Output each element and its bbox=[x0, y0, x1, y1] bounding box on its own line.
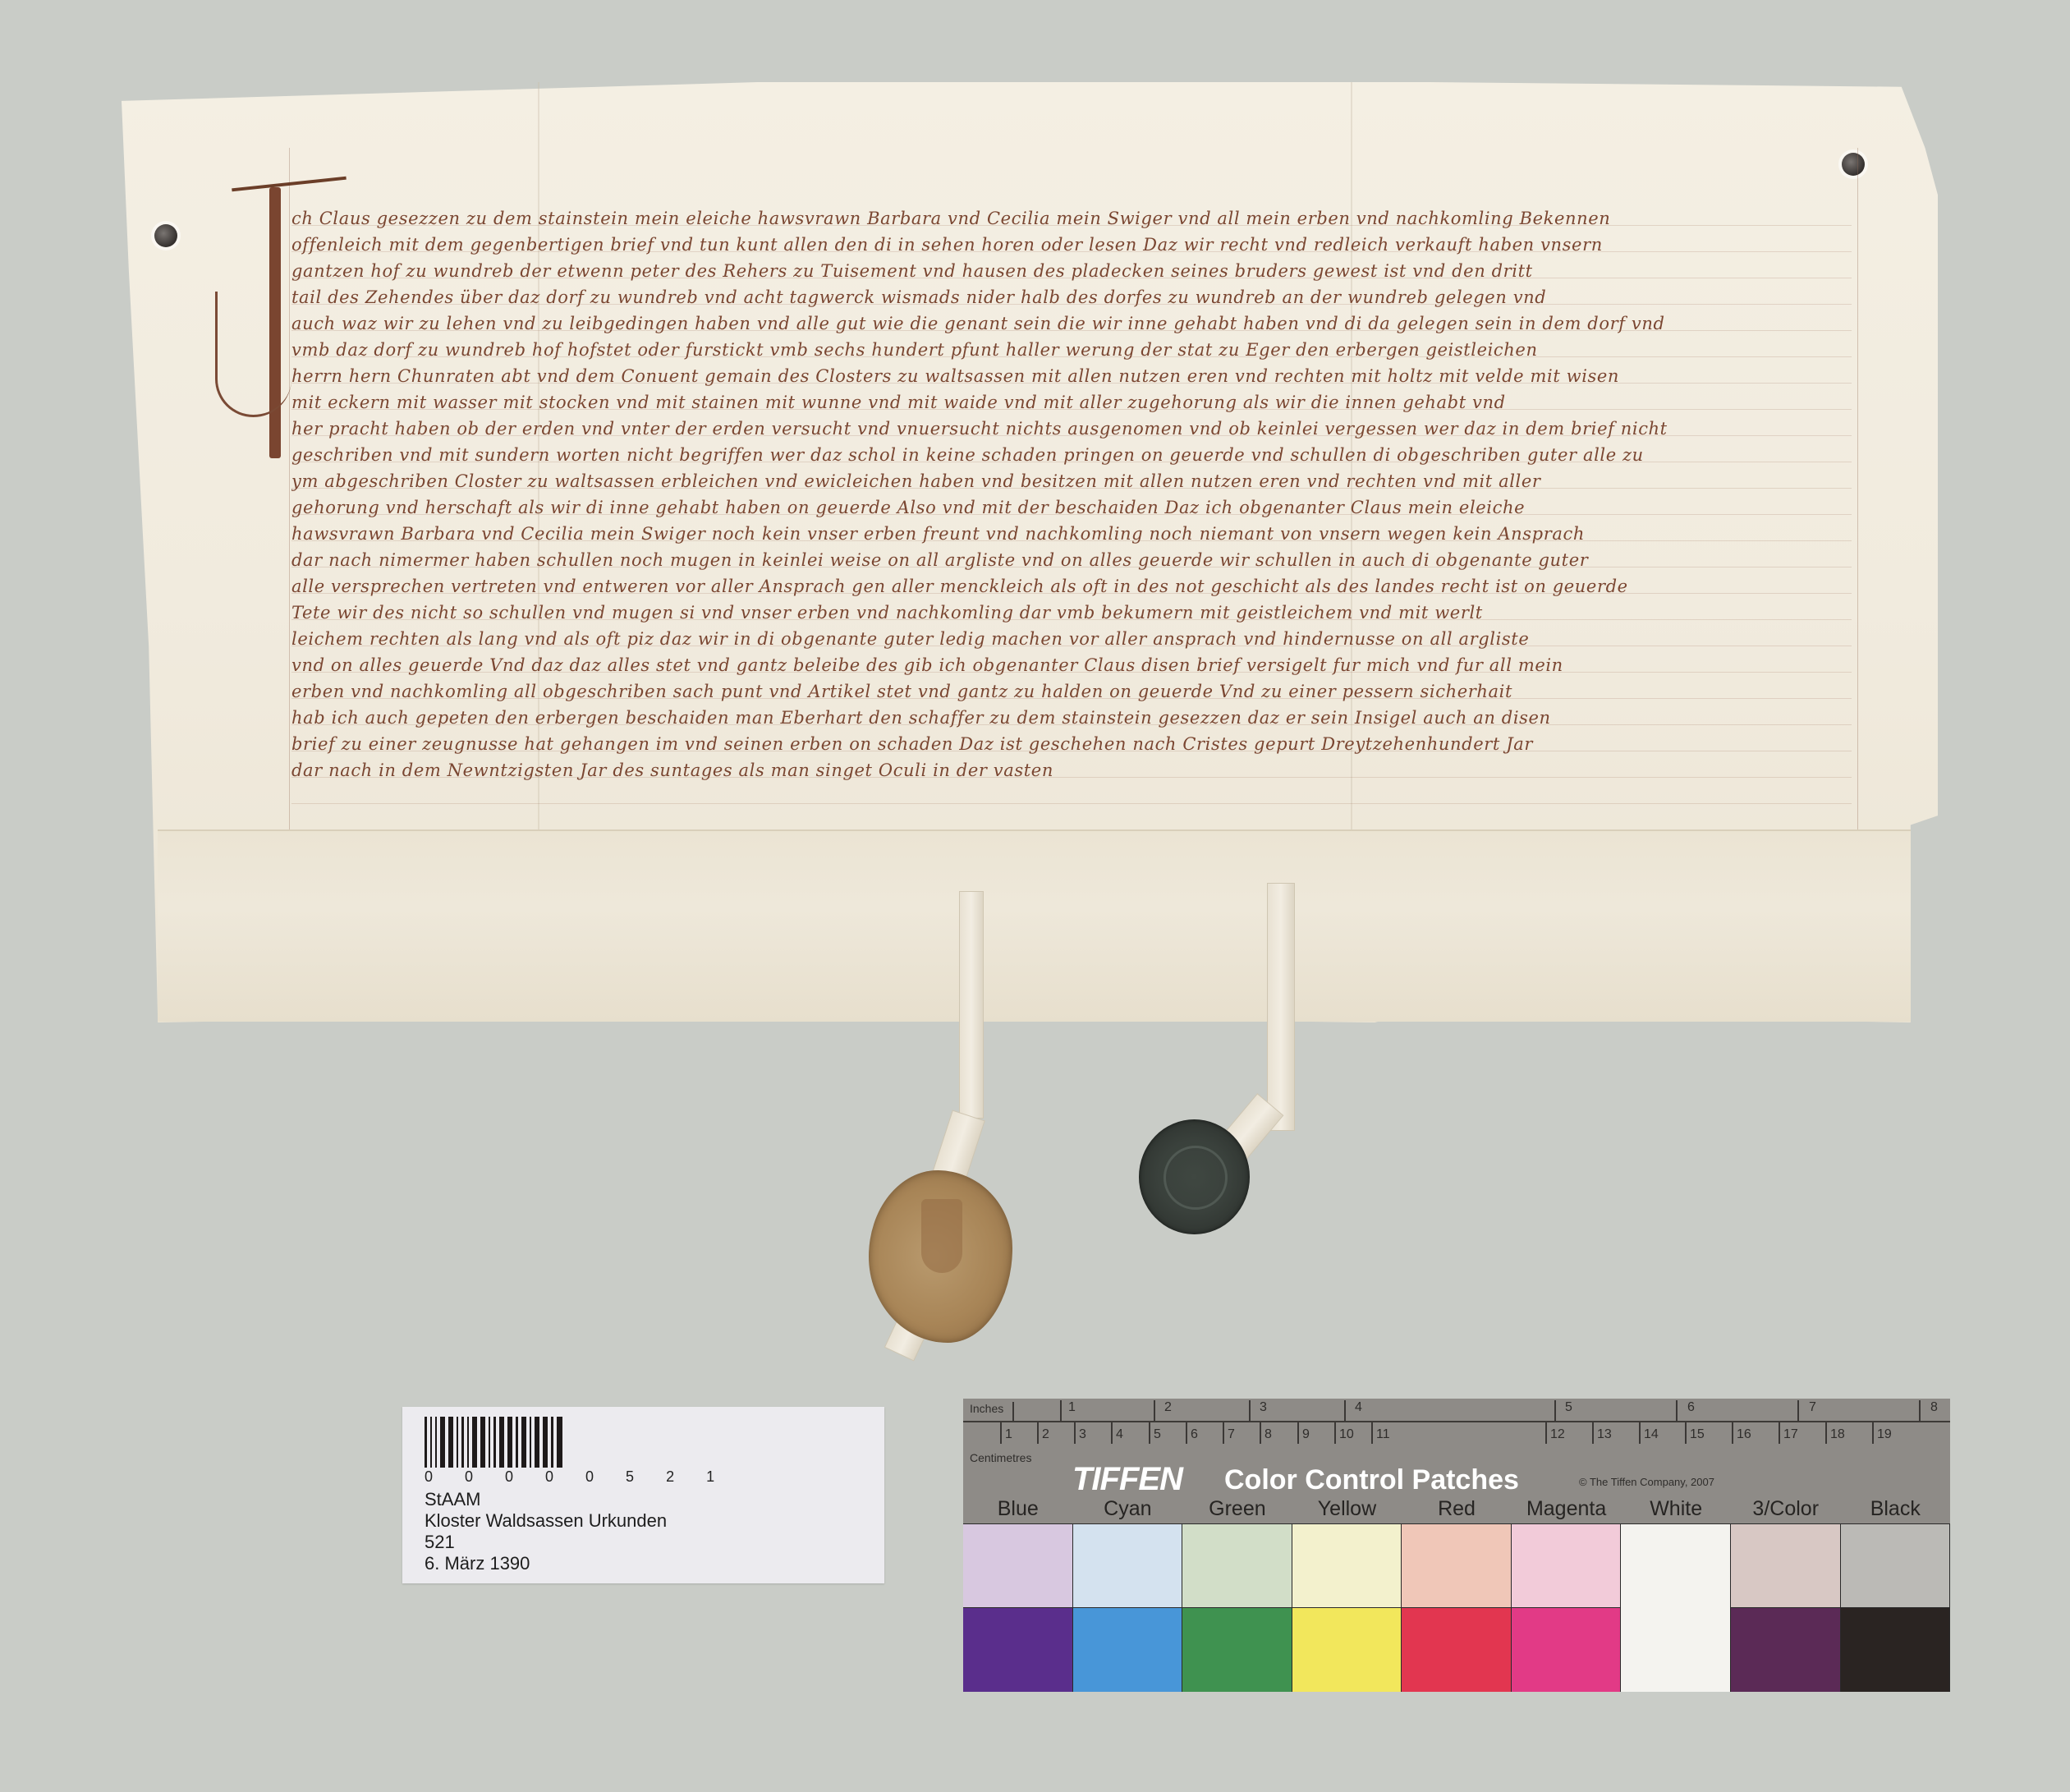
patch-green-light bbox=[1182, 1523, 1292, 1607]
text-line: gantzen hof zu wundreb der etwenn peter … bbox=[291, 258, 1868, 284]
ruling-margin-left bbox=[289, 148, 290, 838]
ruler-inches: Inches 1 2 3 4 5 6 7 8 bbox=[963, 1399, 1950, 1422]
patch-cyan-dark bbox=[1073, 1607, 1183, 1692]
copyright-text: © The Tiffen Company, 2007 bbox=[1579, 1476, 1714, 1488]
patch-red-light bbox=[1402, 1523, 1512, 1607]
text-line: hawsvrawn Barbara vnd Cecilia mein Swige… bbox=[291, 521, 1868, 547]
text-line: vmb daz dorf zu wundreb hof hofstet oder… bbox=[291, 337, 1868, 363]
text-line: tail des Zehendes über daz dorf zu wundr… bbox=[291, 284, 1868, 310]
dark-patch-row bbox=[963, 1607, 1950, 1692]
text-line: brief zu einer zeugnusse hat gehangen im… bbox=[291, 731, 1868, 757]
text-line: offenleich mit dem gegenbertigen brief v… bbox=[291, 232, 1868, 258]
charter-text: ch Claus gesezzen zu dem stainstein mein… bbox=[291, 205, 1868, 783]
text-line: mit eckern mit wasser mit stocken vnd mi… bbox=[291, 389, 1868, 416]
pin-hole-right bbox=[1842, 153, 1865, 176]
label-text: StAAM Kloster Waldsassen Urkunden 521 6.… bbox=[425, 1489, 667, 1574]
patch-label-blue: Blue bbox=[963, 1497, 1073, 1523]
light-patch-row bbox=[963, 1523, 1950, 1607]
patch-label-white: White bbox=[1621, 1497, 1731, 1523]
text-line: her pracht haben ob der erden vnd vnter … bbox=[291, 416, 1868, 442]
patch-label-cyan: Cyan bbox=[1073, 1497, 1183, 1523]
ruler-centimetres: 1 2 3 4 5 6 7 8 9 10 11 12 13 14 15 16 1… bbox=[963, 1422, 1950, 1447]
seal-tag-left bbox=[959, 891, 984, 1119]
ruled-line bbox=[291, 803, 1852, 804]
text-line: geschriben vnd mit sundern worten nicht … bbox=[291, 442, 1868, 468]
text-line: hab ich auch gepeten den erbergen bescha… bbox=[291, 705, 1868, 731]
patch-label-3color: 3/Color bbox=[1731, 1497, 1841, 1523]
text-line: alle versprechen vertreten vnd entweren … bbox=[291, 573, 1868, 600]
text-line: ym abgeschriben Closter zu waltsassen er… bbox=[291, 468, 1868, 494]
patch-magenta-light bbox=[1512, 1523, 1622, 1607]
patch-magenta-dark bbox=[1512, 1607, 1622, 1692]
text-line: herrn hern Chunraten abt vnd dem Conuent… bbox=[291, 363, 1868, 389]
seal-tag-right bbox=[1267, 883, 1295, 1131]
text-line: erben vnd nachkomling all obgeschriben s… bbox=[291, 678, 1868, 705]
patch-blue-light bbox=[963, 1523, 1073, 1607]
patch-label-black: Black bbox=[1841, 1497, 1951, 1523]
text-line: dar nach in dem Newntzigsten Jar des sun… bbox=[291, 757, 1868, 783]
patch-black-light bbox=[1841, 1523, 1951, 1607]
document-number: 521 bbox=[425, 1532, 667, 1553]
patch-yellow-dark bbox=[1292, 1607, 1402, 1692]
text-line: ch Claus gesezzen zu dem stainstein mein… bbox=[291, 205, 1868, 232]
initial-letter-loop bbox=[215, 292, 291, 417]
collection-name: Kloster Waldsassen Urkunden bbox=[425, 1510, 667, 1532]
patch-white-dark bbox=[1621, 1607, 1731, 1692]
text-line: Tete wir des nicht so schullen vnd mugen… bbox=[291, 600, 1868, 626]
tiffen-logo: TIFFEN bbox=[1072, 1461, 1182, 1498]
patch-red-dark bbox=[1402, 1607, 1512, 1692]
inches-label: Inches bbox=[970, 1402, 1003, 1415]
barcode-number: 0 0 0 0 0 5 2 1 bbox=[425, 1468, 728, 1486]
patch-blue-dark bbox=[963, 1607, 1073, 1692]
text-line: vnd on alles geuerde Vnd daz daz alles s… bbox=[291, 652, 1868, 678]
text-line: leichem rechten als lang vnd als oft piz… bbox=[291, 626, 1868, 652]
text-line: dar nach nimermer haben schullen noch mu… bbox=[291, 547, 1868, 573]
archive-label: 0 0 0 0 0 5 2 1 StAAM Kloster Waldsassen… bbox=[402, 1407, 884, 1583]
patch-3color-light bbox=[1731, 1523, 1841, 1607]
text-line: gehorung vnd herschaft als wir di inne g… bbox=[291, 494, 1868, 521]
patch-label-green: Green bbox=[1182, 1497, 1292, 1523]
patch-cyan-light bbox=[1073, 1523, 1183, 1607]
patch-label-yellow: Yellow bbox=[1292, 1497, 1402, 1523]
patch-labels: Blue Cyan Green Yellow Red Magenta White… bbox=[963, 1497, 1950, 1523]
patch-label-magenta: Magenta bbox=[1512, 1497, 1622, 1523]
patch-black-dark bbox=[1841, 1607, 1951, 1692]
patch-yellow-light bbox=[1292, 1523, 1402, 1607]
pin-hole-left bbox=[154, 224, 177, 247]
archive-name: StAAM bbox=[425, 1489, 667, 1510]
centimetres-label: Centimetres bbox=[970, 1451, 1031, 1464]
color-checker: Inches 1 2 3 4 5 6 7 8 1 2 3 4 5 6 7 bbox=[963, 1399, 1950, 1692]
plica-fold bbox=[158, 829, 1911, 1022]
patch-white-light bbox=[1621, 1523, 1731, 1607]
patch-label-red: Red bbox=[1402, 1497, 1512, 1523]
text-line: auch waz wir zu lehen vnd zu leibgedinge… bbox=[291, 310, 1868, 337]
seal-shield-emblem bbox=[921, 1199, 962, 1273]
patch-3color-dark bbox=[1731, 1607, 1841, 1692]
patch-green-dark bbox=[1182, 1607, 1292, 1692]
barcode-icon bbox=[425, 1417, 566, 1468]
checker-title: Color Control Patches bbox=[1224, 1464, 1519, 1496]
seal-ring-emblem bbox=[1164, 1146, 1228, 1210]
document-date: 6. März 1390 bbox=[425, 1553, 667, 1574]
